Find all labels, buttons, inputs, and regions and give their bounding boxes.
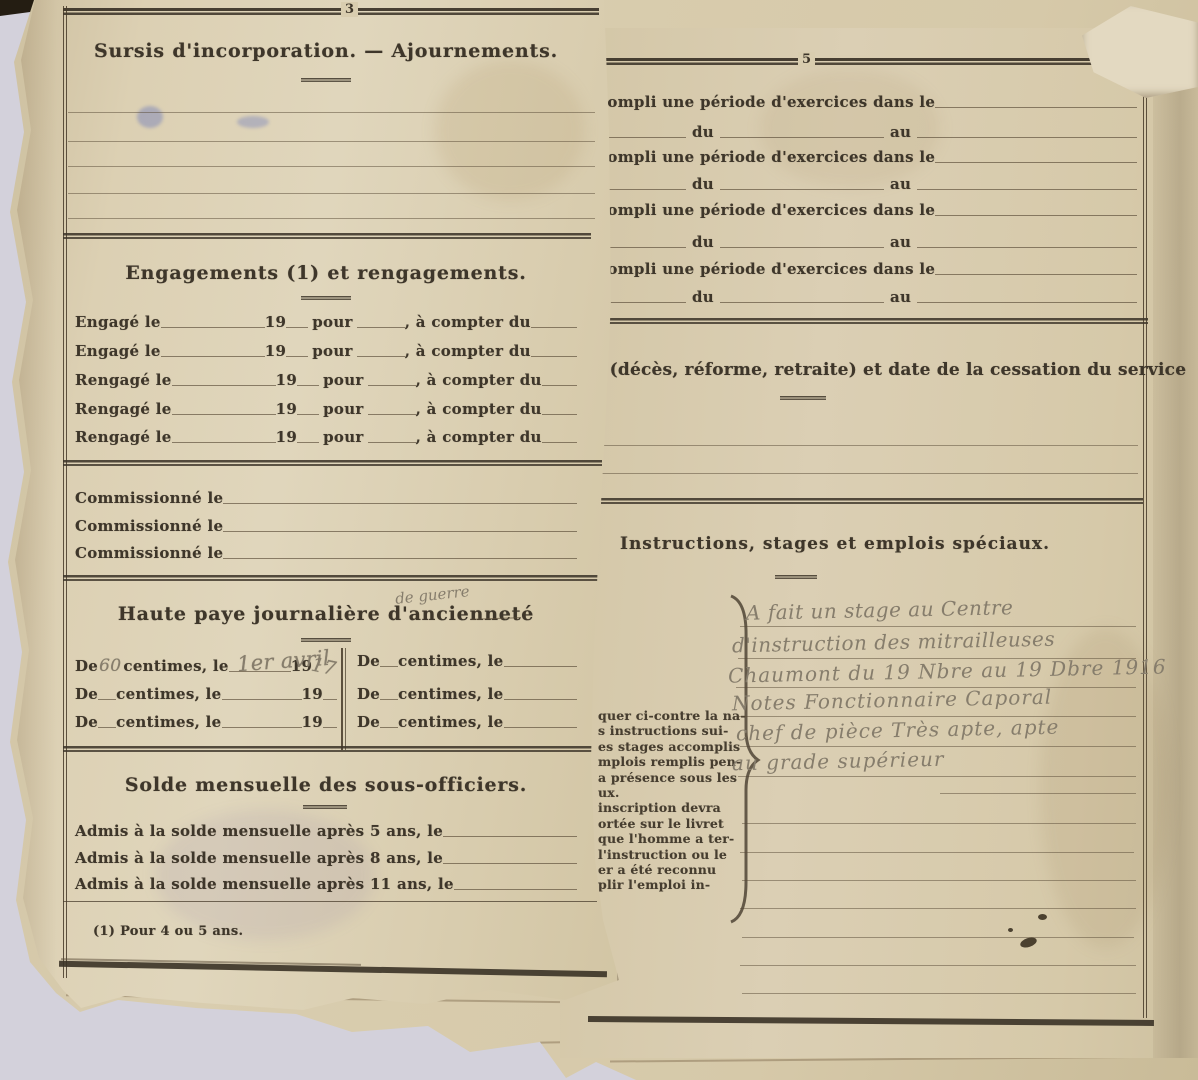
pour-label: pour	[323, 429, 364, 446]
ruled-line	[738, 716, 1136, 717]
fill-line	[380, 666, 398, 667]
fill-line	[380, 699, 398, 700]
fill-line	[720, 189, 884, 190]
ruled-line	[68, 141, 595, 142]
engagement-row: Rengagé le 19 pour , à compter du	[75, 372, 577, 389]
pour-label: pour	[323, 372, 364, 389]
de-label: De	[75, 686, 98, 703]
year-prefix: 19	[265, 343, 286, 360]
engagement-label: Rengagé le	[75, 401, 172, 418]
solde-title: Solde mensuelle des sous-officiers.	[75, 774, 577, 796]
fill-line	[917, 247, 1137, 248]
fill-line	[720, 302, 884, 303]
fill-line	[917, 189, 1137, 190]
divider	[780, 396, 826, 400]
fill-line	[720, 137, 884, 138]
fill-line	[286, 356, 308, 357]
exercise-dates-row: du au	[598, 289, 1137, 306]
column-rule	[341, 648, 346, 750]
fill-line	[598, 302, 686, 303]
solde-row: Admis à la solde mensuelle après 5 ans, …	[75, 823, 577, 840]
blue-pencil-mark	[237, 116, 269, 128]
au-label: au	[890, 124, 911, 141]
centimes-label: centimes, le	[116, 714, 221, 731]
engagements-title: Engagements (1) et rengagements.	[75, 262, 577, 284]
fill-line	[504, 699, 577, 700]
fill-line	[172, 385, 276, 386]
de-label: De	[357, 686, 380, 703]
year-prefix: 19	[265, 314, 286, 331]
section-separator	[63, 746, 602, 752]
ruled-line	[742, 937, 1134, 938]
ruled-line	[740, 965, 1136, 966]
fill-line	[286, 327, 308, 328]
fill-line	[172, 442, 276, 443]
handwriting-line: Notes Fonctionnaire Caporal	[732, 685, 1053, 716]
de-label: De	[357, 653, 380, 670]
fill-line	[368, 414, 416, 415]
fill-line	[598, 247, 686, 248]
exercise-period-row: compli une période d'exercices dans le	[598, 261, 1137, 278]
fill-line	[531, 327, 577, 328]
ruled-line	[740, 908, 1136, 909]
year-handwritten: 17	[310, 654, 339, 681]
handwriting-line: d'instruction des mitrailleuses	[732, 627, 1056, 658]
fill-line	[935, 274, 1137, 275]
year-prefix: 19	[276, 429, 297, 446]
compter-label: , à compter du	[405, 343, 531, 360]
page-top-border	[63, 8, 599, 15]
haute-paye-title: Haute paye journalière d'ancienneté	[75, 603, 577, 625]
solde-label: Admis à la solde mensuelle après 8 ans, …	[75, 850, 443, 867]
commission-row: Commissionné le	[75, 518, 577, 535]
handwriting-line: au grade supérieur	[732, 747, 945, 775]
exercise-period-label: compli une période d'exercices dans le	[598, 94, 935, 111]
ruled-line	[68, 218, 595, 219]
centimes-label: centimes, le	[398, 653, 503, 670]
fill-line	[161, 356, 265, 357]
ruled-line	[598, 473, 1138, 474]
fill-line	[98, 699, 116, 700]
fill-line	[935, 107, 1137, 108]
engagement-row: Rengagé le 19 pour , à compter du	[75, 401, 577, 418]
exercise-dates-row: du au	[598, 176, 1137, 193]
ruled-line	[738, 658, 1136, 659]
fill-line	[504, 666, 577, 667]
fill-line	[223, 558, 577, 559]
blue-pencil-mark	[137, 106, 163, 128]
du-label: du	[692, 289, 714, 306]
engagement-label: Rengagé le	[75, 372, 172, 389]
fill-line	[223, 503, 577, 504]
exercise-dates-row: du au	[598, 234, 1137, 251]
divider	[303, 805, 347, 809]
ink-blot	[1038, 914, 1047, 920]
engagement-row: Engagé le 19 pour , à compter du	[75, 343, 577, 360]
fill-line	[454, 889, 577, 890]
commission-label: Commissionné le	[75, 490, 223, 507]
exercise-period-label: compli une période d'exercices dans le	[598, 261, 935, 278]
right-page: 5 compli une période d'exercices dans le…	[560, 28, 1198, 1058]
fill-line	[598, 189, 686, 190]
year-prefix: 19	[302, 714, 323, 731]
haute-paye-row: De centimes, le 19	[75, 714, 337, 731]
ink-blot	[1008, 928, 1013, 932]
centimes-label: centimes, le	[398, 686, 503, 703]
ruled-line	[598, 445, 1138, 446]
fill-line	[935, 215, 1137, 216]
ruled-line	[740, 852, 1134, 853]
fill-line	[172, 414, 276, 415]
du-label: du	[692, 234, 714, 251]
au-label: au	[890, 176, 911, 193]
ruled-line	[940, 793, 1136, 794]
commission-row: Commissionné le	[75, 490, 577, 507]
fill-line	[720, 247, 884, 248]
fill-line	[917, 302, 1137, 303]
footnote-separator	[63, 901, 597, 902]
commission-row: Commissionné le	[75, 545, 577, 562]
divider	[301, 638, 351, 642]
page-number: 5	[798, 52, 815, 67]
fill-line	[443, 836, 577, 837]
exercise-period-label: compli une période d'exercices dans le	[598, 202, 935, 219]
amount-handwritten: 60	[99, 656, 121, 676]
section-separator	[63, 575, 602, 581]
de-label: De	[357, 714, 380, 731]
exercise-period-row: compli une période d'exercices dans le	[598, 149, 1137, 166]
fill-line	[368, 385, 416, 386]
fill-line	[161, 327, 265, 328]
centimes-label: centimes, le	[123, 658, 228, 675]
fill-line	[222, 699, 302, 700]
fill-line	[504, 727, 577, 728]
fill-line	[531, 356, 577, 357]
au-label: au	[890, 289, 911, 306]
year-prefix: 19	[276, 401, 297, 418]
section-separator	[63, 233, 591, 239]
ruled-line	[742, 880, 1136, 881]
solde-row: Admis à la solde mensuelle après 8 ans, …	[75, 850, 577, 867]
ruled-line	[740, 746, 1136, 747]
de-label: De	[75, 714, 98, 731]
year-prefix: 19	[302, 686, 323, 703]
engagement-row: Engagé le 19 pour , à compter du	[75, 314, 577, 331]
fill-line	[935, 162, 1137, 163]
haute-paye-row: De centimes, le	[357, 714, 577, 731]
divider	[301, 78, 351, 82]
pour-label: pour	[312, 343, 353, 360]
compter-label: , à compter du	[416, 429, 542, 446]
divider	[775, 575, 817, 579]
ruled-line	[68, 166, 595, 167]
exercise-period-label: compli une période d'exercices dans le	[598, 149, 935, 166]
engagement-label: Engagé le	[75, 314, 161, 331]
fill-line	[542, 442, 577, 443]
fill-line	[222, 727, 302, 728]
ruled-line	[736, 687, 1136, 688]
page-bottom-border	[588, 1016, 1154, 1026]
engagement-label: Engagé le	[75, 343, 161, 360]
sursis-title: Sursis d'incorporation. — Ajournements.	[75, 40, 577, 62]
haute-paye-row: De centimes, le	[357, 653, 577, 670]
commission-label: Commissionné le	[75, 545, 223, 562]
footnote: (1) Pour 4 ou 5 ans.	[93, 924, 243, 939]
pour-label: pour	[312, 314, 353, 331]
haute-paye-row: De centimes, le 19	[75, 686, 337, 703]
fill-line	[368, 442, 416, 443]
section-separator	[595, 318, 1148, 324]
centimes-label: centimes, le	[116, 686, 221, 703]
fill-line	[542, 385, 577, 386]
fill-line	[297, 414, 319, 415]
engagement-row: Rengagé le 19 pour , à compter du	[75, 429, 577, 446]
fill-line	[223, 531, 577, 532]
fill-line	[297, 385, 319, 386]
ruled-line	[740, 626, 1136, 627]
commission-label: Commissionné le	[75, 518, 223, 535]
page-number: 3	[341, 2, 358, 17]
fill-line	[323, 699, 337, 700]
year-prefix: 19	[276, 372, 297, 389]
de-label: De	[75, 658, 98, 675]
left-page: 3 Sursis d'incorporation. — Ajournements…	[5, 0, 617, 1012]
ruled-line	[738, 776, 1136, 777]
compter-label: , à compter du	[416, 372, 542, 389]
handwriting-line: chef de pièce Très apte, apte	[736, 715, 1060, 746]
ruled-line	[742, 993, 1136, 994]
section-separator	[63, 460, 602, 466]
solde-label: Admis à la solde mensuelle après 5 ans, …	[75, 823, 443, 840]
fill-line	[380, 727, 398, 728]
fill-line	[297, 442, 319, 443]
section-separator	[585, 498, 1143, 504]
haute-paye-row: De centimes, le	[357, 686, 577, 703]
fill-line	[98, 727, 116, 728]
divider	[301, 296, 351, 300]
ruled-line	[68, 112, 595, 113]
exercise-period-row: compli une période d'exercices dans le	[598, 202, 1137, 219]
du-label: du	[692, 176, 714, 193]
fill-line: 1er avril	[229, 671, 291, 672]
du-label: du	[692, 124, 714, 141]
exercise-period-row: compli une période d'exercices dans le	[598, 94, 1137, 111]
handwriting-line: A fait un stage au Centre	[746, 595, 1014, 625]
page-top-border	[595, 58, 1152, 65]
compter-label: , à compter du	[416, 401, 542, 418]
solde-label: Admis à la solde mensuelle après 11 ans,…	[75, 876, 454, 893]
page-edge-crease	[1153, 28, 1198, 1058]
fill-line	[323, 727, 337, 728]
centimes-label: centimes, le	[398, 714, 503, 731]
compter-label: , à compter du	[405, 314, 531, 331]
engagement-label: Rengagé le	[75, 429, 172, 446]
ruled-line	[68, 193, 595, 194]
solde-row: Admis à la solde mensuelle après 11 ans,…	[75, 876, 577, 893]
cessation-title: f (décès, réforme, retraite) et date de …	[596, 360, 1186, 380]
fill-line	[357, 327, 405, 328]
ruled-line	[742, 823, 1136, 824]
au-label: au	[890, 234, 911, 251]
haute-paye-row: De 60 centimes, le 1er avril 19 17	[75, 653, 337, 675]
fill-line	[357, 356, 405, 357]
fill-line	[542, 414, 577, 415]
page-left-frame	[63, 6, 67, 978]
paper-stain	[435, 60, 585, 200]
instructions-title: Instructions, stages et emplois spéciaux…	[620, 534, 1000, 554]
fill-line	[443, 863, 577, 864]
fill-line	[917, 137, 1137, 138]
pour-label: pour	[323, 401, 364, 418]
fill-line	[598, 137, 686, 138]
exercise-dates-row: du au	[598, 124, 1137, 141]
